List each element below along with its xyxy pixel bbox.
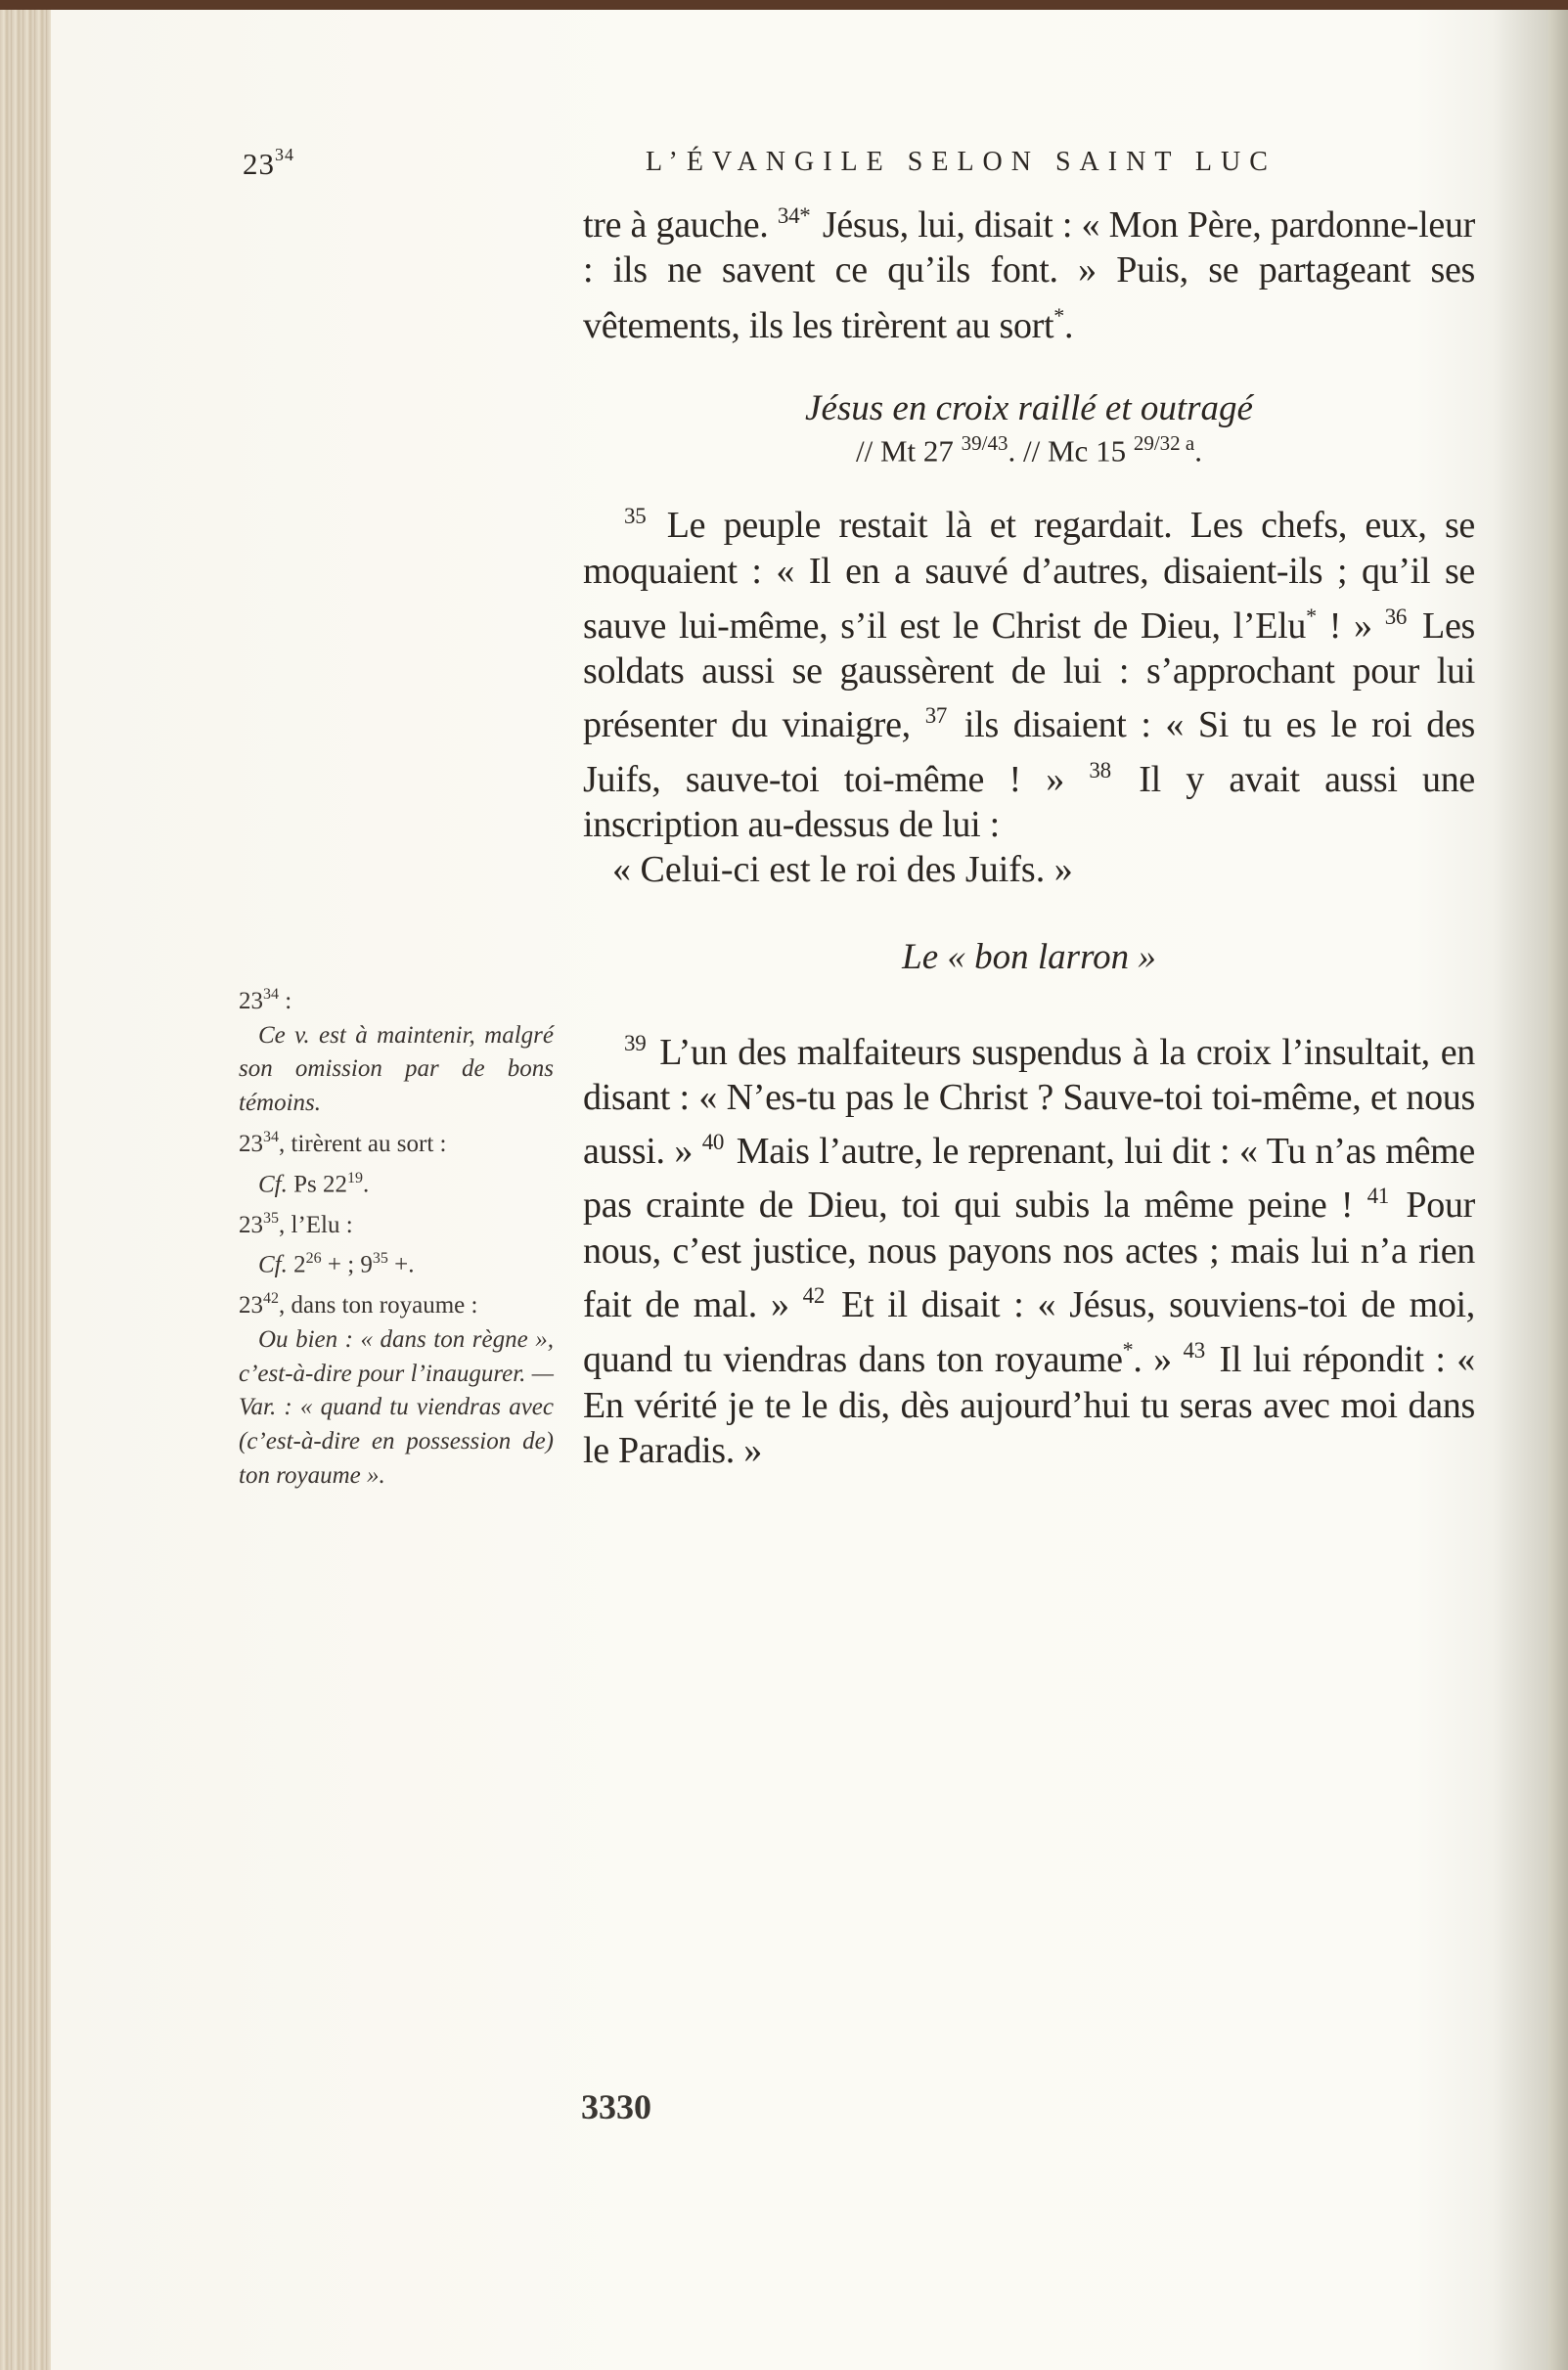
verse-number-40: 40 <box>702 1130 724 1154</box>
chapter-number: 23 <box>243 147 275 181</box>
parallel-references: // Mt 27 39/43. // Mc 15 29/32 a. <box>583 431 1475 469</box>
margin-note-reference: 2335, l’Elu : <box>239 1202 554 1243</box>
cross-inscription: « Celui-ci est le roi des Juifs. » <box>583 847 1475 892</box>
margin-note-body: Ce v. est à maintenir, malgré son omissi… <box>239 1019 554 1121</box>
section-title-good-thief: Le « bon larron » <box>583 936 1475 978</box>
margin-note: 2334 : Ce v. est à maintenir, malgré son… <box>239 978 554 1121</box>
page-stack-edge <box>0 10 51 2370</box>
section-title-mocked: Jésus en croix raillé et outragé <box>583 387 1475 429</box>
paragraph-verse-34: tre à gauche. 34* Jésus, lui, disait : «… <box>583 194 1475 348</box>
margin-note: 2334, tirèrent au sort : Cf. Ps 2219. <box>239 1121 554 1202</box>
verse-number-35: 35 <box>624 504 646 528</box>
paragraph-verses-39-43: 39 L’un des malfaiteurs suspendus à la c… <box>583 1021 1475 1474</box>
main-text-column: tre à gauche. 34* Jésus, lui, disait : «… <box>583 194 1475 1473</box>
margin-note-body: Ou bien : « dans ton règne », c’est-à-di… <box>239 1323 554 1494</box>
margin-note: 2342, dans ton royaume : Ou bien : « dan… <box>239 1282 554 1493</box>
verse-number: 34 <box>275 145 294 164</box>
running-head-chapter-verse: 2334 <box>243 145 294 182</box>
margin-note-body: Cf. Ps 2219. <box>239 1162 554 1202</box>
text: . » <box>1133 1339 1183 1380</box>
text: tre à gauche. <box>583 204 778 246</box>
verse-number-38: 38 <box>1089 758 1110 783</box>
verse-number-37: 37 <box>925 703 947 728</box>
page-gutter-shadow <box>1548 10 1568 2370</box>
text: . <box>1064 305 1073 346</box>
text: ! » <box>1317 605 1385 647</box>
verse-number-36: 36 <box>1385 604 1407 629</box>
verse-number-42: 42 <box>803 1283 825 1308</box>
paragraph-verses-35-38: 35 Le peuple restait là et regardait. Le… <box>583 494 1475 847</box>
verse-number-43: 43 <box>1184 1338 1205 1363</box>
note-asterisk: * <box>1053 303 1064 328</box>
verse-number-34: 34* <box>778 203 811 228</box>
note-asterisk: * <box>1123 1337 1134 1362</box>
note-asterisk: * <box>1306 604 1317 628</box>
margin-note: 2335, l’Elu : Cf. 226 + ; 935 +. <box>239 1202 554 1283</box>
margin-notes: 2334 : Ce v. est à maintenir, malgré son… <box>239 978 554 1494</box>
margin-note-reference: 2342, dans ton royaume : <box>239 1282 554 1323</box>
margin-note-reference: 2334, tirèrent au sort : <box>239 1121 554 1162</box>
page-number: 3330 <box>581 2086 651 2127</box>
verse-number-39: 39 <box>624 1031 646 1055</box>
verse-number-41: 41 <box>1367 1184 1389 1208</box>
margin-note-reference: 2334 : <box>239 978 554 1019</box>
running-head-title: L’Évangile selon saint Luc <box>646 147 1428 178</box>
margin-note-body: Cf. 226 + ; 935 +. <box>239 1242 554 1282</box>
